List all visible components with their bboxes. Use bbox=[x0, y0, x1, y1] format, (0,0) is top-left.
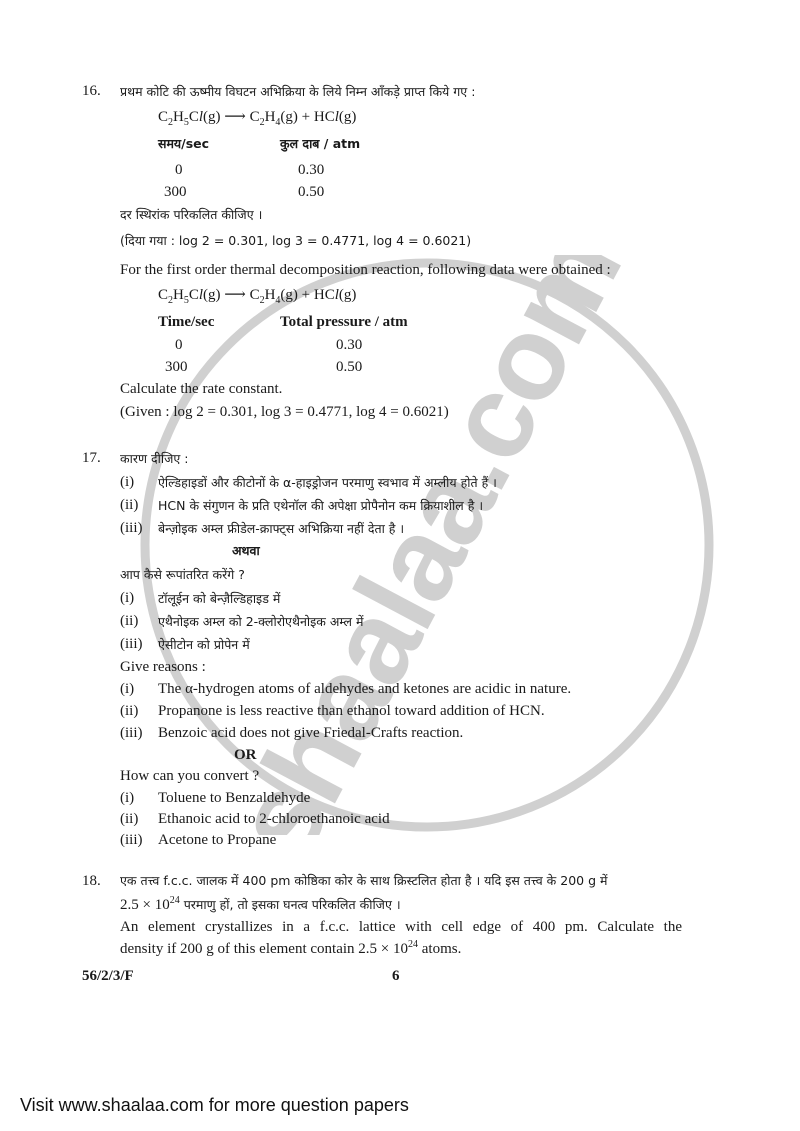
q17-english-reason-3: Benzoic acid does not give Friedal-Craft… bbox=[158, 724, 463, 742]
q17-english-convert-3: Acetone to Propane bbox=[158, 831, 276, 849]
q17-english-reason-2: Propanone is less reactive than ethanol … bbox=[158, 702, 545, 720]
q17-english-reason-2-label: (ii) bbox=[120, 702, 138, 720]
q17-english-convert-1: Toluene to Benzaldehyde bbox=[158, 789, 310, 807]
q16-english-reaction: C2H5Cl(g) ⟶ C2H4(g) + HCl(g) bbox=[158, 286, 356, 304]
q17-english-reason-3-label: (iii) bbox=[120, 724, 143, 742]
q17-english-convert-heading: How can you convert ? bbox=[120, 767, 259, 785]
q17-english-heading: Give reasons : bbox=[120, 658, 206, 676]
q16-english-row1-pressure: 0.30 bbox=[336, 336, 362, 354]
q17-english-convert-2-label: (ii) bbox=[120, 810, 138, 828]
q17-english-convert-2: Ethanoic acid to 2-chloroethanoic acid bbox=[158, 810, 390, 828]
q17-hindi-reason-2-label: (ii) bbox=[120, 496, 138, 514]
q16-english-row2-pressure: 0.50 bbox=[336, 358, 362, 376]
q16-hindi-ask: दर स्थिरांक परिकलित कीजिए । bbox=[120, 206, 262, 224]
q16-hindi-col-time: समय/sec bbox=[158, 135, 209, 153]
exam-page: shaalaa.com 16. प्रथम कोटि की ऊष्मीय विघ… bbox=[0, 0, 800, 1131]
q16-hindi-row2-pressure: 0.50 bbox=[298, 183, 324, 201]
q16-hindi-intro: प्रथम कोटि की ऊष्मीय विघटन अभिक्रिया के … bbox=[120, 83, 475, 101]
q17-hindi-convert-3-label: (iii) bbox=[120, 635, 143, 653]
q17-hindi-convert-2: एथैनोइक अम्ल को 2-क्लोरोएथैनोइक अम्ल में bbox=[158, 613, 363, 631]
q17-english-or: OR bbox=[234, 746, 257, 764]
q17-hindi-convert-heading: आप कैसे रूपांतरित करेंगे ? bbox=[120, 566, 245, 584]
q17-hindi-reason-3: बेन्ज़ोइक अम्ल फ्रीडेल-क्राफ्ट्स अभिक्रि… bbox=[158, 520, 404, 538]
q17-hindi-or: अथवा bbox=[232, 542, 260, 560]
q17-hindi-convert-1: टॉलूईन को बेन्ज़ैल्डिहाइड में bbox=[158, 590, 280, 608]
shaalaa-watermark: shaalaa.com bbox=[137, 255, 717, 835]
svg-text:shaalaa.com: shaalaa.com bbox=[208, 255, 647, 835]
q16-hindi-reaction: C2H5Cl(g) ⟶ C2H4(g) + HCl(g) bbox=[158, 108, 356, 126]
q16-hindi-row2-time: 300 bbox=[164, 183, 187, 201]
paper-code: 56/2/3/F bbox=[82, 967, 134, 985]
page-number: 6 bbox=[392, 967, 400, 985]
q16-hindi-col-pressure: कुल दाब / atm bbox=[280, 135, 360, 153]
q16-hindi-row1-time: 0 bbox=[175, 161, 183, 179]
q16-english-intro: For the first order thermal decompositio… bbox=[120, 261, 611, 279]
question-18-number: 18. bbox=[82, 872, 101, 890]
q17-hindi-convert-1-label: (i) bbox=[120, 589, 134, 607]
question-17-number: 17. bbox=[82, 449, 101, 467]
shaalaa-promo-link[interactable]: Visit www.shaalaa.com for more question … bbox=[20, 1095, 409, 1116]
q17-english-convert-3-label: (iii) bbox=[120, 831, 143, 849]
q17-hindi-convert-2-label: (ii) bbox=[120, 612, 138, 630]
q17-hindi-reason-1: ऐल्डिहाइडों और कीटोनों के α-हाइड्रोजन पर… bbox=[158, 474, 497, 492]
q17-hindi-convert-3: ऐसीटोन को प्रोपेन में bbox=[158, 636, 250, 654]
q16-hindi-given: (दिया गया : log 2 = 0.301, log 3 = 0.477… bbox=[120, 232, 471, 250]
q17-english-reason-1-label: (i) bbox=[120, 680, 134, 698]
q18-hindi-line-1: एक तत्त्व f.c.c. जालक में 400 pm कोष्ठिक… bbox=[120, 872, 682, 890]
q18-english-line-2: density if 200 g of this element contain… bbox=[120, 940, 461, 958]
q16-english-given: (Given : log 2 = 0.301, log 3 = 0.4771, … bbox=[120, 403, 449, 421]
q17-hindi-reason-2: HCN के संगुणन के प्रति एथेनॉल की अपेक्षा… bbox=[158, 497, 483, 515]
q16-english-col-time: Time/sec bbox=[158, 313, 214, 331]
q17-hindi-heading: कारण दीजिए : bbox=[120, 450, 188, 468]
q16-english-row1-time: 0 bbox=[175, 336, 183, 354]
q17-hindi-reason-1-label: (i) bbox=[120, 473, 134, 491]
q17-english-reason-1: The α-hydrogen atoms of aldehydes and ke… bbox=[158, 680, 571, 698]
question-16-number: 16. bbox=[82, 82, 101, 100]
q16-english-row2-time: 300 bbox=[165, 358, 188, 376]
q16-hindi-row1-pressure: 0.30 bbox=[298, 161, 324, 179]
q16-english-ask: Calculate the rate constant. bbox=[120, 380, 282, 398]
q16-english-col-pressure: Total pressure / atm bbox=[280, 313, 408, 331]
q17-english-convert-1-label: (i) bbox=[120, 789, 134, 807]
q18-hindi-line-2: 2.5 × 1024 परमाणु हों, तो इसका घनत्व परि… bbox=[120, 896, 401, 914]
q17-hindi-reason-3-label: (iii) bbox=[120, 519, 143, 537]
q18-english-line-1: An element crystallizes in a f.c.c. latt… bbox=[120, 918, 682, 936]
